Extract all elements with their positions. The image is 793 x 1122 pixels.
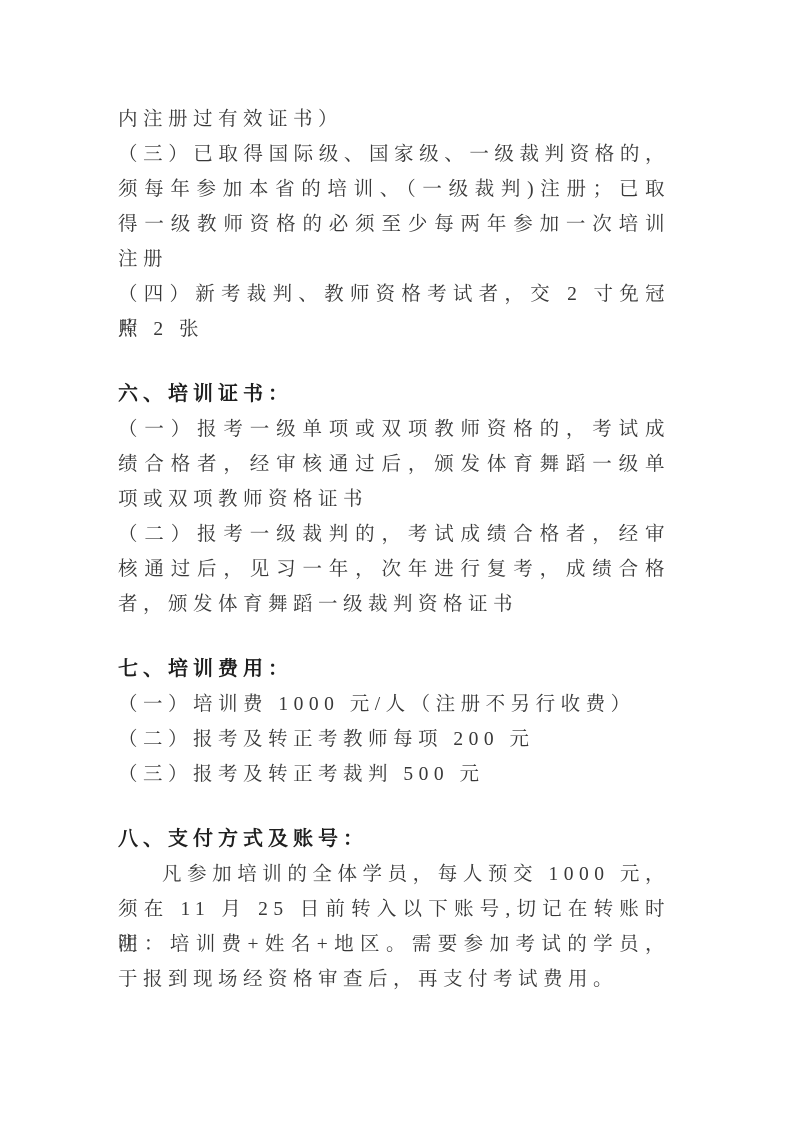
section-training-fees: 七、培训费用： （一）培训费 1000 元/人（注册不另行收费） （二）报考及转… bbox=[118, 652, 670, 792]
text-line: （三）已取得国际级、国家级、一级裁判资格的， bbox=[118, 137, 670, 172]
text-line: 内注册过有效证书） bbox=[118, 102, 670, 137]
section-heading-certificates: 六、培训证书： bbox=[118, 377, 670, 412]
document-content: 内注册过有效证书） （三）已取得国际级、国家级、一级裁判资格的， 须每年参加本省… bbox=[118, 102, 670, 997]
text-line: 核通过后，见习一年，次年进行复考，成绩合格 bbox=[118, 552, 670, 587]
text-line: 于报到现场经资格审查后，再支付考试费用。 bbox=[118, 962, 670, 997]
section-heading-fees: 七、培训费用： bbox=[118, 652, 670, 687]
text-line: （二）报考及转正考教师每项 200 元 bbox=[118, 722, 670, 757]
section-payment-method: 八、支付方式及账号： 凡参加培训的全体学员，每人预交 1000 元， 须在 11… bbox=[118, 822, 670, 997]
text-line: 绩合格者，经审核通过后，颁发体育舞蹈一级单 bbox=[118, 447, 670, 482]
text-line: （二）报考一级裁判的，考试成绩合格者，经审 bbox=[118, 517, 670, 552]
text-line: 片 2 张 bbox=[118, 312, 670, 347]
text-line: 注册 bbox=[118, 242, 670, 277]
text-line: 者，颁发体育舞蹈一级裁判资格证书 bbox=[118, 587, 670, 622]
text-line: 得一级教师资格的必须至少每两年参加一次培训 bbox=[118, 207, 670, 242]
section-heading-payment: 八、支付方式及账号： bbox=[118, 822, 670, 857]
intro-paragraph: 内注册过有效证书） （三）已取得国际级、国家级、一级裁判资格的， 须每年参加本省… bbox=[118, 102, 670, 347]
text-line: （四）新考裁判、教师资格考试者，交 2 寸免冠照 bbox=[118, 277, 670, 312]
text-line: 须每年参加本省的培训、（一级裁判)注册；已取 bbox=[118, 172, 670, 207]
text-line: 须在 11 月 25 日前转入以下账号,切记在转账时注 bbox=[118, 892, 670, 927]
document-page: 内注册过有效证书） （三）已取得国际级、国家级、一级裁判资格的， 须每年参加本省… bbox=[0, 0, 793, 1122]
text-line: （一）报考一级单项或双项教师资格的，考试成 bbox=[118, 412, 670, 447]
text-line: 明：培训费+姓名+地区。需要参加考试的学员， bbox=[118, 927, 670, 962]
text-line: 凡参加培训的全体学员，每人预交 1000 元， bbox=[118, 857, 670, 892]
text-line: 项或双项教师资格证书 bbox=[118, 482, 670, 517]
text-line: （三）报考及转正考裁判 500 元 bbox=[118, 757, 670, 792]
text-line: （一）培训费 1000 元/人（注册不另行收费） bbox=[118, 687, 670, 722]
section-training-certificates: 六、培训证书： （一）报考一级单项或双项教师资格的，考试成 绩合格者，经审核通过… bbox=[118, 377, 670, 622]
